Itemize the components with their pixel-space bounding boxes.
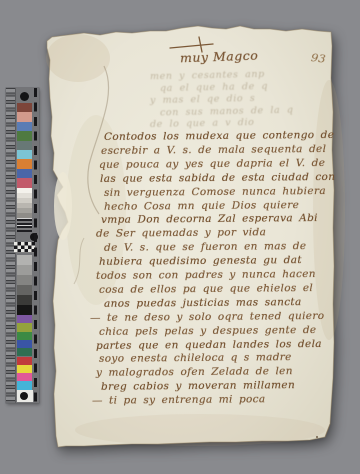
checker-marks	[14, 242, 35, 253]
patch-cyan	[17, 381, 32, 389]
patch-green	[17, 332, 32, 340]
patch-salmon	[17, 112, 32, 121]
patch-blue	[17, 122, 32, 131]
gray-step	[17, 275, 32, 285]
patch-red	[17, 357, 32, 365]
gray-step	[17, 255, 32, 265]
patch-green	[17, 131, 32, 140]
patch-yellow	[17, 365, 32, 373]
paper-stain	[313, 80, 345, 340]
ink-speck	[316, 436, 318, 438]
manuscript-paper	[0, 0, 360, 474]
patch-olive	[17, 323, 32, 331]
patch-orange	[17, 159, 32, 168]
gray-step	[17, 295, 32, 305]
gray-step	[17, 265, 32, 275]
gray-step	[17, 305, 32, 315]
patch-dark-brown	[17, 103, 32, 112]
patch-indigo	[17, 169, 32, 178]
patch-violet	[17, 315, 32, 323]
color-calibration-strip	[6, 88, 39, 403]
registration-dot-bottom	[20, 392, 28, 400]
patch-rose	[17, 178, 32, 187]
paper-stain	[75, 414, 325, 446]
patch-cyan-light	[17, 150, 32, 159]
tear-fray	[54, 172, 72, 240]
patch-teal	[17, 348, 32, 356]
separation-dash-line	[34, 88, 37, 403]
patch-magenta	[17, 373, 32, 381]
archival-scan-page: muy Magco 93 men y cesantes anpqa el que…	[0, 0, 360, 474]
scale-label-block	[17, 218, 32, 232]
grayscale-step	[17, 213, 32, 218]
patch-slate	[17, 141, 32, 150]
registration-dot-top	[20, 92, 29, 101]
gray-step	[17, 285, 32, 295]
paper-stain	[46, 34, 110, 82]
patch-blue	[17, 340, 32, 348]
